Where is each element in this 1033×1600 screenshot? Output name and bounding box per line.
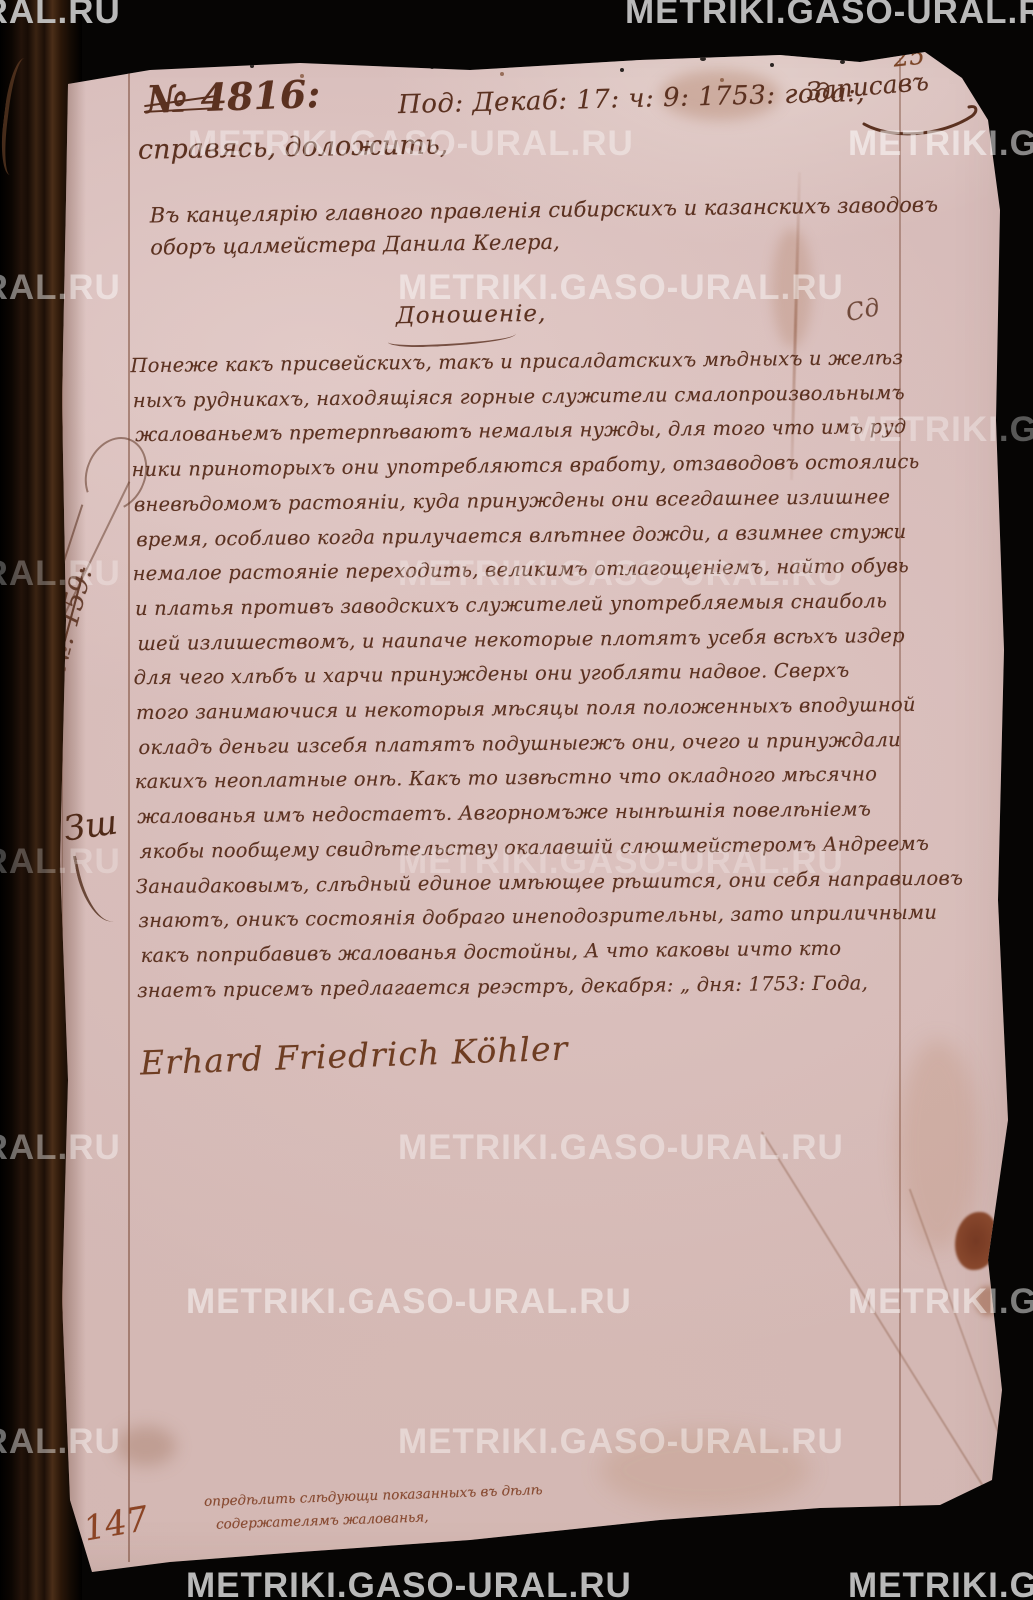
edge-speck [620,68,624,72]
diagonal-crease [909,1189,1013,1472]
manuscript-page: 25 № 4816: Под: Декаб: 17: ч: 9: 1753: г… [0,0,1033,1600]
archive-watermark: METRIKI.GASO-URAL.RU [848,1566,1033,1600]
edge-speck [160,62,165,66]
marginal-mark: Зш [61,802,119,849]
manuscript-line: Занаидаковымъ, слѣдный единое имѣющее рѣ… [136,866,963,898]
edge-speck [500,72,504,76]
edge-speck [430,66,434,69]
manuscript-line: время, особливо когда прилучается влѣтне… [136,520,906,551]
manuscript-line: якобы пообщему свидѣтельству окалавшій с… [139,832,929,863]
left-margin-rule [128,72,130,1562]
manuscript-line: ныхъ рудникахъ, находящіяся горные служи… [133,381,905,412]
stain [898,1040,978,1250]
title-underline-flourish [388,334,516,348]
footer-note-line: опредѣлить слѣдующи показанныхъ въ дѣлѣ [204,1482,543,1510]
edge-speck [770,63,774,67]
edge-speck [250,64,254,68]
diagonal-crease [761,1131,985,1488]
resolution-line2: справясь, доложить, [138,129,449,165]
manuscript-line: шей излишествомъ, и наипаче некоторые пл… [137,624,905,655]
manuscript-line: какъ поприбавивъ жалованья достойны, А ч… [141,937,842,967]
manuscript-line: жалованья имъ недостаетъ. Авгорномъже ны… [137,797,871,828]
registration-date-note: Под: Декаб: 17: ч: 9: 1753: года:, [398,78,866,120]
manuscript-line: какихъ неоплатные онѣ. Какъ то извѣстно … [135,763,878,794]
address-block: Въ канцелярію главного правленія сибирск… [150,189,939,264]
edge-speck [840,60,845,64]
archive-watermark: METRIKI.GASO-URAL.RU [625,0,1033,32]
photo-of-manuscript-page: 25 № 4816: Под: Декаб: 17: ч: 9: 1753: г… [0,0,1033,1600]
edge-speck [340,58,346,62]
manuscript-line: жалованьемъ претерпѣваютъ немалыя нужды,… [135,415,906,446]
manuscript-line: знаютъ, оникъ состоянія добраго инеподоз… [138,901,937,932]
archive-watermark: METRIKI.GASO-URAL.RU [186,1566,632,1600]
manuscript-line: Понеже какъ присвейскихъ, такъ и присалд… [130,346,903,377]
margin-paraph: Сд [843,293,882,327]
stain [975,1286,1001,1316]
ink-blot-stain [955,1212,997,1270]
registration-number: № 4816: [145,71,321,122]
manuscript-line: и платья противъ заводскихъ служителей у… [135,589,887,620]
document-title: Доношеніе, [396,301,547,330]
manuscript-line: окладъ деньги изсебя платятъ подушныежъ … [138,728,901,759]
edge-speck [540,60,545,64]
manuscript-line: ники приноторыхъ они употребляются врабо… [131,450,919,481]
manuscript-line: знаетъ присемъ предлагается реэстръ, дек… [137,971,868,1002]
stain [116,1426,176,1466]
stain [600,1430,810,1510]
manuscript-line: вневѣдомомъ растояніи, куда принуждены о… [134,485,891,516]
edge-speck [700,57,706,61]
manuscript-line: для чего хлѣбъ и харчи принуждены они уг… [134,659,850,689]
manuscript-line: немалое растояніе переходить, великимъ о… [133,554,909,585]
footer-note-line: содержателямъ жалованья, [216,1509,429,1532]
body-text: Понеже какъ присвейскихъ, такъ и присалд… [132,346,919,1054]
manuscript-line: того занимаючися и некоторыя мѣсяцы поля… [136,693,916,724]
pen-flourish [858,86,988,136]
